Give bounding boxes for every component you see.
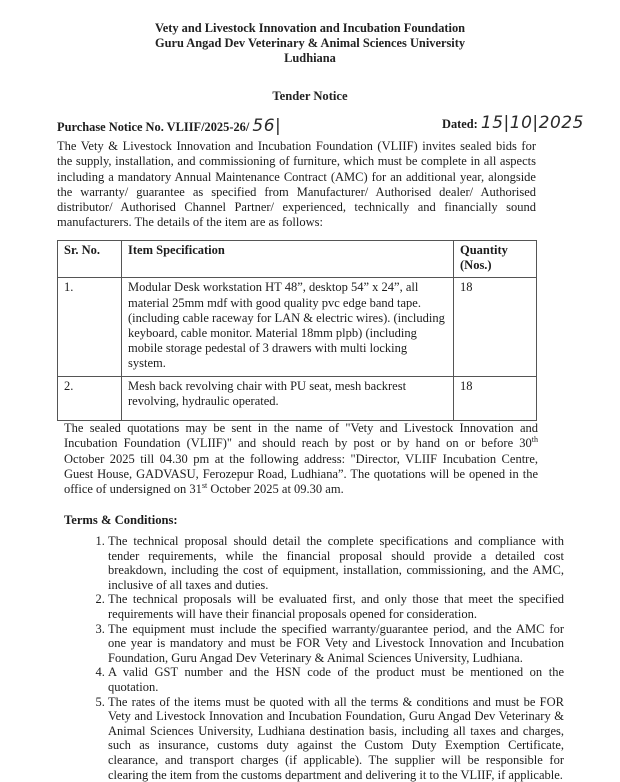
- quotation-submission-paragraph: The sealed quotations may be sent in the…: [64, 421, 538, 497]
- quotation-text-part: The sealed quotations may be sent in the…: [64, 421, 538, 450]
- org-name: Vety and Livestock Innovation and Incuba…: [0, 21, 620, 36]
- table-row: 2. Mesh back revolving chair with PU sea…: [58, 376, 537, 420]
- notice-reference-line: Purchase Notice No. VLIIF/2025-26/ 56| D…: [57, 113, 557, 135]
- letterhead: Vety and Livestock Innovation and Incuba…: [0, 21, 620, 66]
- terms-heading: Terms & Conditions:: [64, 513, 178, 528]
- notice-label: Purchase Notice No. VLIIF/2025-26/: [57, 120, 249, 134]
- document-title: Tender Notice: [0, 89, 620, 104]
- cell-quantity: 18: [454, 278, 537, 376]
- term-item: A valid GST number and the HSN code of t…: [108, 665, 564, 694]
- header-item-specification: Item Specification: [122, 241, 454, 278]
- table-header-row: Sr. No. Item Specification Quantity (Nos…: [58, 241, 537, 278]
- cell-sr-no: 2.: [58, 376, 122, 420]
- quotation-text-part: October 2025 at 09.30 am.: [207, 482, 343, 496]
- table-row: 1. Modular Desk workstation HT 48”, desk…: [58, 278, 537, 376]
- handwritten-notice-number: 56|: [252, 116, 281, 136]
- cell-sr-no: 1.: [58, 278, 122, 376]
- term-item: The technical proposal should detail the…: [108, 534, 564, 592]
- terms-list: The technical proposal should detail the…: [80, 534, 564, 782]
- notice-date: Dated: 15|10|2025: [442, 113, 584, 133]
- items-table: Sr. No. Item Specification Quantity (Nos…: [57, 240, 537, 421]
- cell-item-specification: Mesh back revolving chair with PU seat, …: [122, 376, 454, 420]
- header-sr-no: Sr. No.: [58, 241, 122, 278]
- purchase-notice-number: Purchase Notice No. VLIIF/2025-26/ 56|: [57, 116, 281, 136]
- ordinal-suffix: th: [532, 435, 538, 444]
- cell-item-specification: Modular Desk workstation HT 48”, desktop…: [122, 278, 454, 376]
- university-name: Guru Angad Dev Veterinary & Animal Scien…: [0, 36, 620, 51]
- term-item: The rates of the items must be quoted wi…: [108, 695, 564, 782]
- intro-paragraph: The Vety & Livestock Innovation and Incu…: [57, 139, 536, 231]
- tender-notice-page: Vety and Livestock Innovation and Incuba…: [0, 0, 620, 782]
- header-quantity: Quantity (Nos.): [454, 241, 537, 278]
- term-item: The equipment must include the specified…: [108, 622, 564, 666]
- cell-quantity: 18: [454, 376, 537, 420]
- term-item: The technical proposals will be evaluate…: [108, 592, 564, 621]
- handwritten-date: 15|10|2025: [481, 113, 584, 133]
- city-name: Ludhiana: [0, 51, 620, 66]
- dated-label: Dated:: [442, 117, 478, 131]
